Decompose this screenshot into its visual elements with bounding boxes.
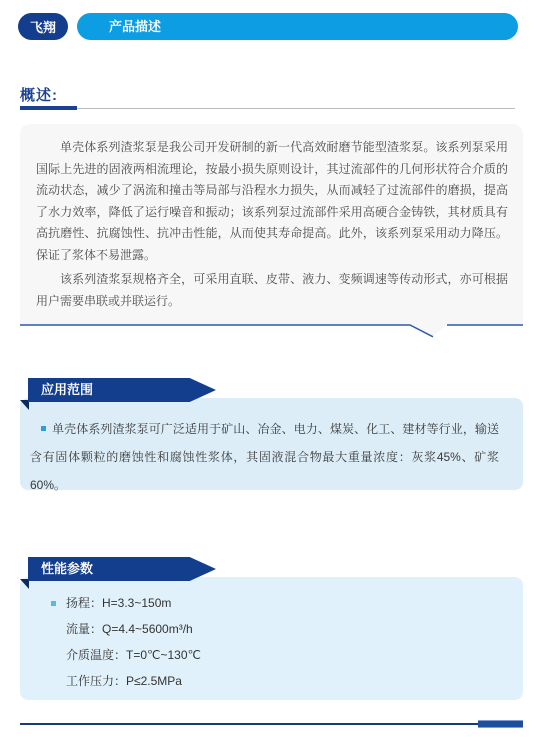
application-body: 单壳体系列渣浆泵可广泛适用于矿山、冶金、电力、煤炭、化工、建材等行业，输送含有固…	[30, 422, 499, 492]
rule-accent-segment	[20, 106, 77, 110]
overview-paragraph-2: 该系列渣浆泵规格齐全，可采用直联、皮带、液力、变频调速等传动形式，亦可根据用户需…	[36, 269, 508, 312]
application-panel: 单壳体系列渣浆泵可广泛适用于矿山、冶金、电力、煤炭、化工、建材等行业，输送含有固…	[20, 398, 523, 490]
page-title-banner: 产品描述	[77, 13, 518, 40]
heading-rule	[20, 105, 515, 111]
overview-paragraph-1: 单壳体系列渣浆泵是我公司开发研制的新一代高效耐磨节能型渣浆泵。该系列泵采用国际上…	[36, 137, 508, 266]
application-text: 单壳体系列渣浆泵可广泛适用于矿山、冶金、电力、煤炭、化工、建材等行业，输送含有固…	[30, 415, 499, 499]
overview-text-body: 单壳体系列渣浆泵是我公司开发研制的新一代高效耐磨节能型渣浆泵。该系列泵采用国际上…	[20, 124, 523, 324]
performance-line-head: 扬程：H=3.3~150m	[66, 596, 171, 610]
performance-row-head: 扬程：H=3.3~150m	[66, 590, 523, 616]
brand-badge: 飞翔	[18, 13, 68, 40]
performance-line-pressure: 工作压力：P≤2.5MPa	[66, 674, 182, 688]
application-section-banner: 应用范围	[28, 378, 216, 402]
rule-gray-segment	[77, 108, 515, 109]
performance-section-banner: 性能参数	[28, 557, 216, 581]
performance-panel: 扬程：H=3.3~150m 流量：Q=4.4~5600m³/h 介质温度：T=0…	[20, 577, 523, 700]
performance-line-temperature: 介质温度：T=0℃~130℃	[66, 648, 201, 662]
bullet-square-icon	[51, 601, 56, 606]
bullet-square-icon	[41, 426, 46, 431]
footer-thin-line	[20, 723, 478, 725]
performance-row-flow: 流量：Q=4.4~5600m³/h	[66, 616, 523, 642]
overview-box-tail-icon	[20, 324, 523, 338]
page-header: 飞翔 产品描述	[18, 13, 518, 40]
performance-row-temperature: 介质温度：T=0℃~130℃	[66, 642, 523, 668]
performance-row-pressure: 工作压力：P≤2.5MPa	[66, 668, 523, 694]
overview-heading: 概述:	[20, 84, 58, 105]
footer-rule	[20, 720, 523, 728]
overview-box: 单壳体系列渣浆泵是我公司开发研制的新一代高效耐磨节能型渣浆泵。该系列泵采用国际上…	[20, 124, 523, 338]
performance-line-flow: 流量：Q=4.4~5600m³/h	[66, 622, 193, 636]
footer-thick-bar	[478, 720, 523, 728]
product-description-page: 飞翔 产品描述 概述: 单壳体系列渣浆泵是我公司开发研制的新一代高效耐磨节能型渣…	[0, 0, 533, 737]
